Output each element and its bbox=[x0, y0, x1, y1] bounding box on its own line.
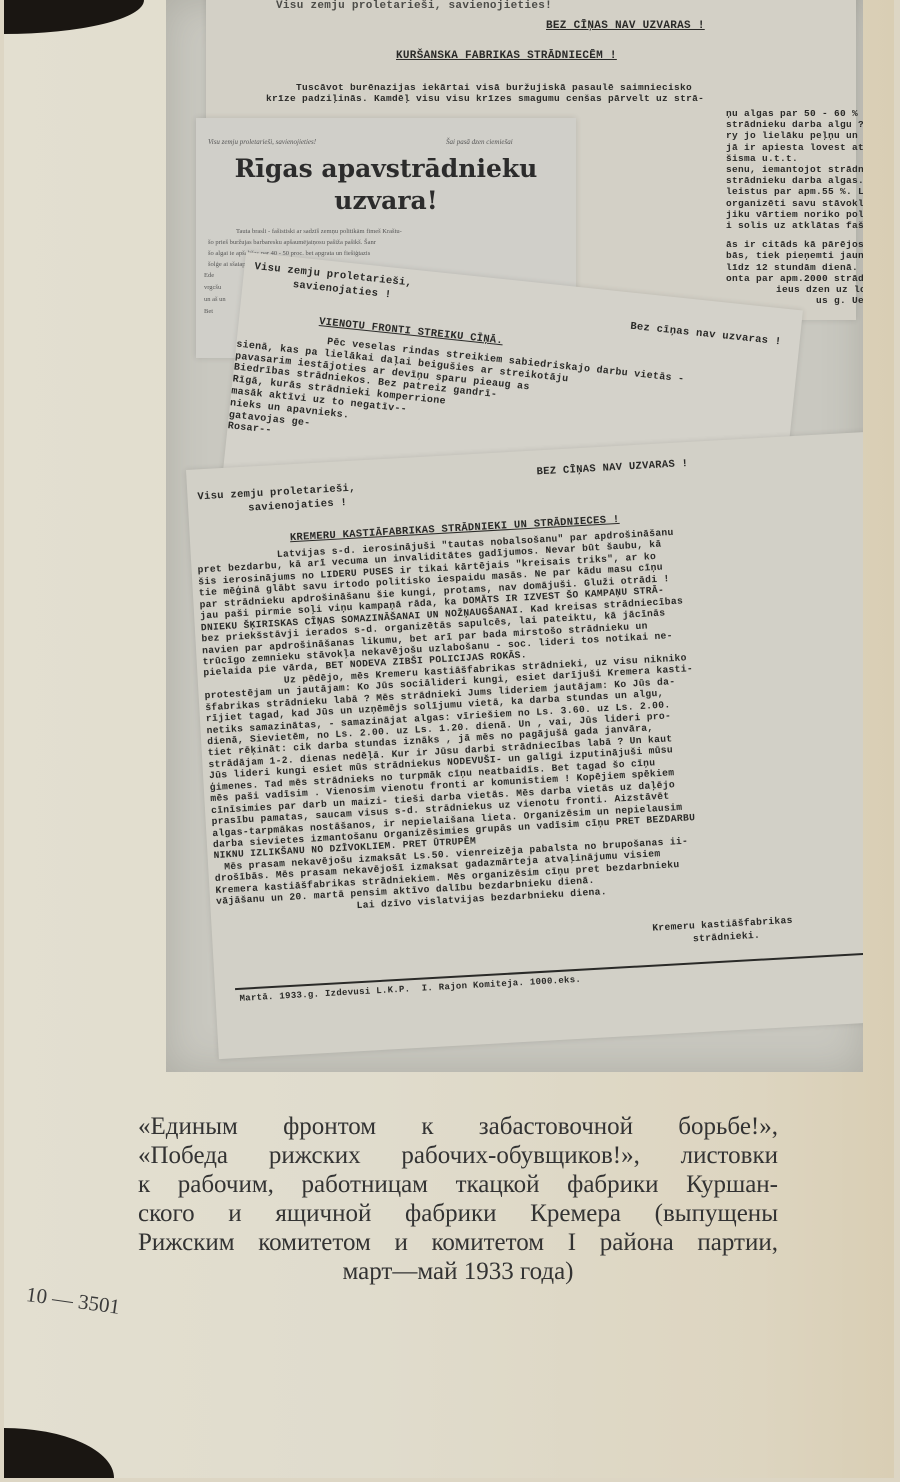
leaflet-line: līdz 12 stundām dienā. 1933.gadā bbox=[726, 262, 863, 273]
leaflet-slogan: Bez cīņas nav uzvaras ! bbox=[630, 321, 782, 349]
leaflet-line: bās, tiek pieņemti jauni strādnieki bbox=[726, 250, 863, 261]
leaflet-line: Bet bbox=[204, 306, 226, 318]
leaflet-line: senu, iemantojot strādnieka postu, bbox=[726, 164, 863, 175]
caption-line: «Победа рижских рабочих-обувщиков!», лис… bbox=[138, 1141, 778, 1170]
leaflet-line: ņu algas par 50 - 60 % . bbox=[726, 108, 863, 119]
leaflet-line: vrgcšu bbox=[204, 282, 226, 294]
caption-line: ского и ящичной фабрики Кремера (выпущен… bbox=[138, 1199, 778, 1228]
leaflet-line: jā ir apiesta lovest atklātu fa- bbox=[726, 142, 863, 153]
leaflets-photograph: Visu zemju proletarieši, savienojieties!… bbox=[166, 0, 863, 1072]
leaflet-slogan: BEZ CĪŅAS NAV UZVARAS ! bbox=[546, 20, 705, 33]
leaflet-line: šo prieš buržujas barbaresku apšaumējaiņ… bbox=[208, 237, 548, 248]
leaflet-top-left-note: Visu zemju proletarieši, savienojieties! bbox=[208, 138, 316, 146]
caption-last-line: март—май 1933 года) bbox=[138, 1257, 778, 1286]
leaflet-body-right: ņu algas par 50 - 60 % . strādnieku darb… bbox=[726, 108, 863, 306]
leaflet-line: organizēti savu stāvokli uzlabot bbox=[726, 198, 863, 209]
leaflet-line: ās ir citāds kā pārējos rūpniecī- bbox=[726, 239, 863, 250]
leaflet-line: ieus dzen uz loju.Ša- bbox=[726, 284, 863, 295]
leaflet-kremer-factory: Visu zemju proletarieši, savienojaties !… bbox=[186, 432, 863, 1059]
leaflet-line: strādnieku darba algu ? bbox=[726, 119, 863, 130]
leaflet-body: Latvijas s-d. ierosinājuši "tautas nobal… bbox=[197, 516, 863, 919]
leaflet-line: krīze padziļinās. Kamdēļ visu visu krīze… bbox=[266, 93, 704, 104]
leaflet-line: un aš un bbox=[204, 294, 226, 306]
leaflet-closing-line2: strādnieki. bbox=[693, 930, 761, 945]
leaflet-line: šisma u.t.t. bbox=[726, 153, 863, 164]
leaflet-line: Tuscāvot burēnazijas iekārtai visā buržu… bbox=[266, 82, 704, 93]
leaflet-line: i solis uz atklātas fašistiskās bbox=[726, 220, 863, 231]
leaflet-line: ry jo lielāku peļņu un vājinātu bbox=[726, 130, 863, 141]
leaflet-headline-line1: Rīgas apavstrādnieku bbox=[196, 154, 576, 183]
leaflet-slogan: BEZ CĪŅAS NAV UZVARAS ! bbox=[536, 458, 688, 479]
leaflet-line: Ede bbox=[204, 270, 226, 282]
leaflet-left-column: Ede vrgcšu un aš un Bet bbox=[204, 270, 226, 318]
leaflet-line: onta par apm.2000 strādniekiem. bbox=[726, 273, 863, 284]
leaflet-top-right-note: Šai pasā dzen ciemiešai bbox=[446, 138, 513, 146]
leaflet-line: Tauta brasli - fašistiski ar sadzīš zemņ… bbox=[208, 226, 548, 237]
caption-line: к рабочим, работницам ткацкой фабрики Ку… bbox=[138, 1170, 778, 1199]
leaflet-line: leistus par apm.55 %. Lai strād- bbox=[726, 186, 863, 197]
leaflet-line: strādnieku darba algas. Solidārijot bbox=[726, 175, 863, 186]
leaflet-headline-line2: uzvara! bbox=[196, 186, 576, 215]
caption-line: «Единым фронтом к забастовочной борьбе!»… bbox=[138, 1112, 778, 1141]
leaflet-line: jiku vārtiem noriko policiju un bbox=[726, 209, 863, 220]
leaflet-title: KURŠANSKA FABRIKAS STRĀDNIECĒM ! bbox=[396, 50, 617, 63]
figure-caption: «Единым фронтом к забастовочной борьбе!»… bbox=[138, 1112, 778, 1286]
leaflet-header-line: Visu zemju proletarieši, savienojieties! bbox=[276, 0, 552, 13]
leaflet-body: Tuscāvot burēnazijas iekārtai visā buržu… bbox=[266, 82, 704, 104]
caption-line: Рижским комитетом и комитетом I района п… bbox=[138, 1228, 778, 1257]
